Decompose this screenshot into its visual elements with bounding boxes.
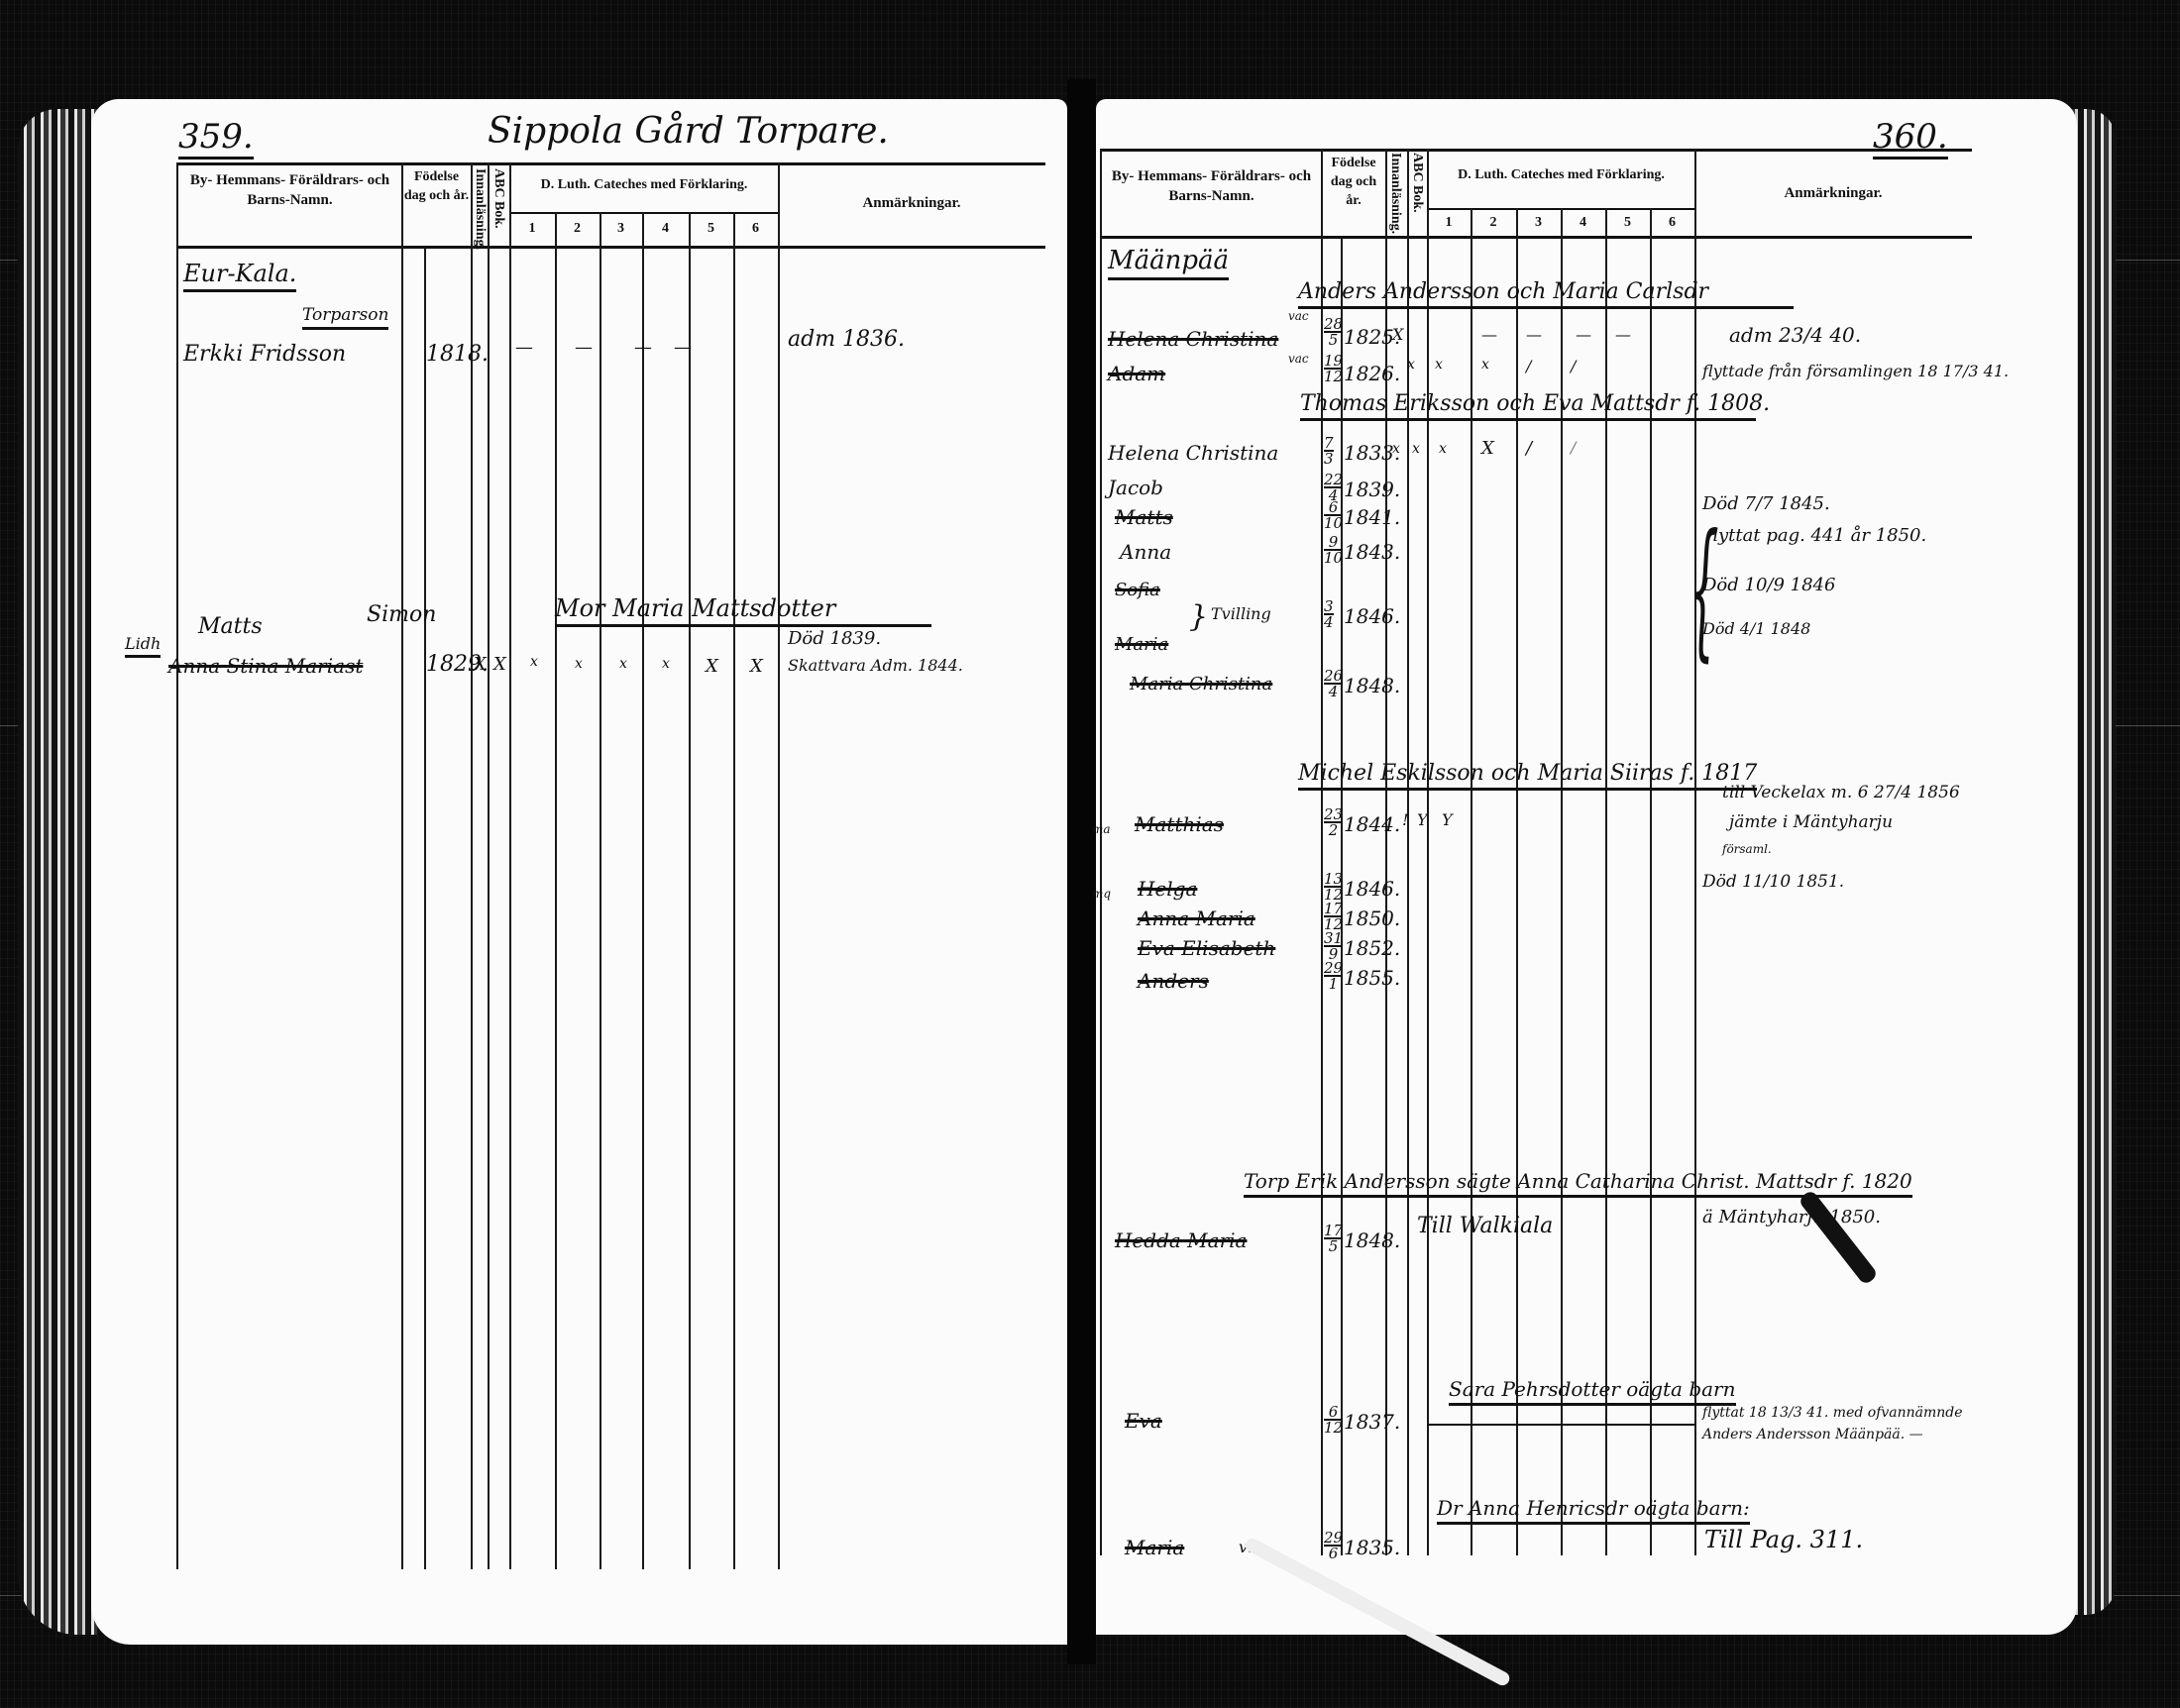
header-subcol: 6	[733, 220, 778, 239]
entry-note: Till Walkiala	[1417, 1214, 1553, 1238]
header-remarks-col: Anmärkningar.	[1694, 183, 1972, 203]
entry-mark: Y	[1442, 810, 1453, 829]
twin-brace: }	[1189, 599, 1208, 634]
page-number: 360.	[1873, 117, 1948, 160]
header-subcol: 6	[1650, 214, 1694, 233]
entry-mark: !	[1402, 810, 1408, 829]
entry-mark: —	[634, 337, 652, 358]
margin-note: Lidh	[125, 634, 161, 658]
header-catechism-col: D. Luth. Cateches med Förklaring.	[510, 176, 778, 195]
header-subcol: 3	[1516, 214, 1561, 233]
entry-name: Adam	[1108, 362, 1165, 385]
header-birth-col: Födelse dag och år.	[1322, 155, 1385, 211]
entry-mark: x	[530, 654, 538, 670]
entry-mark: x	[1481, 357, 1489, 373]
entry-mark: X	[1392, 325, 1403, 344]
col-rule	[176, 162, 178, 1569]
entry-remark: ä Mäntyharju 1850.	[1702, 1207, 1881, 1228]
entry-remark: adm 23/4 40.	[1729, 323, 1861, 347]
entry-note-row: Mor Maria Mattsdotter	[555, 594, 931, 627]
entry-mark: —	[575, 337, 593, 358]
entry-name: Hedda Maria	[1115, 1228, 1247, 1252]
entry-birth: 1852.	[1344, 936, 1400, 960]
entry-remark: Till Pag. 311.	[1704, 1526, 1863, 1553]
entry-birth: 1850.	[1344, 907, 1400, 930]
header-subcol: 4	[642, 220, 689, 239]
entry-birth-date: 73	[1324, 436, 1334, 466]
col-rule	[689, 212, 691, 1569]
entry-name: Anna	[1120, 540, 1171, 564]
header-subcol: 5	[1605, 214, 1650, 233]
entry-remark: flyttade från församlingen 18 17/3 41.	[1702, 362, 2009, 380]
entry-mark: /	[1526, 438, 1532, 459]
entry-birth-date: 1712	[1324, 902, 1343, 931]
entry-birth: 1841.	[1344, 505, 1400, 529]
entry-birth: 1855.	[1344, 966, 1400, 990]
family-heading: Thomas Eriksson och Eva Mattsdr f. 1808.	[1300, 391, 1756, 421]
entry-name: Matthias	[1135, 812, 1224, 836]
entry-mark: X	[1481, 438, 1494, 459]
col-rule	[401, 162, 403, 1569]
entry-birth-date: 175	[1324, 1224, 1343, 1253]
entry-mark: —	[674, 337, 692, 358]
header-catechism-col: D. Luth. Cateches med Förklaring.	[1428, 166, 1694, 185]
entry-mark: /	[1571, 438, 1576, 457]
entry-name-above: Simon	[367, 602, 436, 627]
header-remarks-col: Anmärkningar.	[778, 193, 1045, 213]
header-innan-col: Innanläsning.	[472, 168, 488, 250]
entry-birth-date: 1312	[1324, 872, 1343, 902]
header-subcol: 3	[599, 220, 642, 239]
page-number: 359.	[178, 117, 254, 160]
margin-note: mq	[1092, 887, 1111, 901]
header-innan-col: Innanläsning.	[1387, 153, 1403, 234]
entry-birth-date: 612	[1324, 1405, 1343, 1435]
entry-name: Erkki Fridsson	[183, 342, 346, 367]
entry-name: Sofia	[1115, 580, 1160, 600]
col-rule	[599, 212, 601, 1569]
entry-birth-date: 291	[1324, 961, 1343, 991]
entry-mark: —	[1576, 325, 1591, 344]
entry-name: Helga	[1138, 877, 1197, 901]
entry-birth-date: 319	[1324, 931, 1343, 961]
col-rule	[1427, 149, 1429, 1555]
entry-birth: 1826.	[1344, 362, 1400, 385]
entry-mark: X	[493, 654, 506, 675]
header-subcol: 2	[1471, 214, 1516, 233]
entry-birth: 1818.	[426, 342, 489, 367]
entry-name: Jacob	[1108, 476, 1163, 499]
family-heading: Michel Eskilsson och Maria Siiras f. 181…	[1298, 761, 1757, 791]
col-rule	[1694, 149, 1696, 1555]
entry-mark: x	[1407, 357, 1415, 373]
entry-name: Maria	[1115, 634, 1168, 655]
entry-mark: Y	[1417, 810, 1428, 829]
col-rule	[642, 212, 644, 1569]
col-rule	[555, 212, 557, 1569]
header-bottom-rule	[176, 246, 1045, 249]
entry-birth-date: 34	[1324, 599, 1334, 629]
entry-mark: x	[575, 656, 583, 672]
header-subcol: 2	[555, 220, 599, 239]
col-rule	[733, 212, 735, 1569]
entry-mark: —	[1481, 325, 1497, 344]
entry-name: Matts	[198, 614, 263, 639]
entry-birth-date: 296	[1324, 1531, 1343, 1560]
col-rule	[778, 162, 780, 1569]
entry-mark: x	[1412, 441, 1420, 457]
entry-remark: flyttat pag. 441 år 1850.	[1706, 525, 1926, 546]
margin-note: ma	[1092, 822, 1111, 836]
header-name-col: By- Hemmans- Föräldrars- och Barns-Namn.	[178, 170, 401, 211]
entry-birth: 1835.	[1344, 1536, 1400, 1559]
entry-name: Helena Christina	[1108, 327, 1278, 351]
entry-remark: Död 7/7 1845.	[1702, 493, 1830, 514]
header-subcol: 1	[509, 220, 555, 239]
col-rule	[509, 162, 511, 1569]
entry-mark: X	[474, 654, 487, 675]
entry-remark: Död 1839.	[788, 628, 881, 649]
place-name: Eur-Kala.	[183, 260, 296, 292]
entry-mark: x	[1435, 357, 1443, 373]
entry-birth: 1843.	[1344, 540, 1400, 564]
entry-birth: 1848.	[1344, 674, 1400, 697]
entry-birth: 1846.	[1344, 877, 1400, 901]
table-top-rule	[1100, 149, 1972, 152]
col-rule	[471, 162, 473, 1569]
entry-mark: /	[1571, 357, 1576, 375]
header-subcol: 4	[1561, 214, 1605, 233]
place-name: Määnpää	[1108, 246, 1229, 280]
entry-label: vac	[1288, 352, 1309, 366]
dash-rule	[1427, 1424, 1694, 1426]
entry-birth: 1846.	[1344, 604, 1400, 628]
entry-name: Eva	[1125, 1409, 1162, 1433]
entry-mark: x	[619, 656, 627, 672]
header-abc-col: ABC Bok.	[490, 168, 506, 229]
entry-birth-date: 610	[1324, 500, 1343, 530]
entry-remark: församl.	[1722, 842, 1772, 856]
entry-remark: Skattvara Adm. 1844.	[788, 656, 963, 675]
entry-birth: 1837.	[1344, 1410, 1400, 1434]
entry-birth-date: 285	[1324, 317, 1343, 347]
family-heading: Anders Andersson och Maria Carlsdr	[1298, 279, 1794, 309]
entry-mark: —	[1526, 325, 1542, 344]
entry-remark: adm 1836.	[788, 327, 905, 352]
book-gutter	[1067, 79, 1096, 1664]
entry-remark: Död 10/9 1846	[1702, 575, 1835, 595]
entry-name: Anders	[1138, 969, 1209, 993]
header-name-col: By- Hemmans- Föräldrars- och Barns-Namn.	[1102, 166, 1321, 207]
page-title: Sippola Gård Torpare.	[488, 111, 889, 152]
header-bottom-rule	[1100, 236, 1972, 239]
entry-name: Matts	[1115, 505, 1173, 529]
entry-birth-date: 1912	[1324, 354, 1343, 383]
entry-remark: flyttat 18 13/3 41. med ofvannämnde	[1702, 1405, 1963, 1421]
entry-birth-date: 232	[1324, 807, 1343, 837]
entry-birth: 1839.	[1344, 478, 1400, 501]
entry-mark: /	[1526, 357, 1531, 375]
entry-birth: 1844.	[1344, 812, 1400, 836]
entry-remark: till Veckelax m. 6 27/4 1856	[1722, 783, 1960, 802]
entry-birth: 1848.	[1344, 1228, 1400, 1252]
col-rule	[488, 162, 490, 1569]
family-heading: Sara Pehrsdotter oägta barn	[1449, 1377, 1736, 1406]
entry-remark: Död 4/1 1848	[1702, 619, 1810, 638]
entry-name: Anna Maria	[1138, 907, 1255, 930]
col-rule	[424, 248, 426, 1569]
left-book-edge	[18, 109, 97, 1635]
entry-name: Maria	[1125, 1536, 1184, 1559]
entry-name: Eva Elisabeth	[1138, 936, 1275, 960]
entry-remark: jämte i Mäntyharju	[1729, 812, 1893, 832]
col-rule	[1321, 149, 1323, 1555]
entry-mark: X	[706, 656, 718, 677]
entry-mark: X	[750, 656, 763, 677]
entry-birth-date: 264	[1324, 669, 1343, 698]
header-subcol: 5	[689, 220, 733, 239]
entry-mark: —	[515, 337, 533, 358]
entry-mark: x	[1392, 441, 1400, 457]
entry-name: Maria Christina	[1130, 674, 1272, 694]
entry-mark: x	[1439, 441, 1447, 457]
entry-birth-date: 910	[1324, 535, 1343, 565]
left-page	[91, 99, 1067, 1645]
remarks-brace: {	[1689, 515, 1718, 664]
entry-remark: Död 11/10 1851.	[1702, 872, 1844, 892]
entry-label: vac	[1288, 309, 1309, 323]
header-abc-col: ABC Bok.	[1409, 153, 1425, 213]
entry-remark: Anders Andersson Määnpää. —	[1702, 1427, 1923, 1442]
header-subcol: 1	[1427, 214, 1471, 233]
col-rule	[1100, 149, 1102, 1555]
entry-name: Helena Christina	[1108, 441, 1278, 465]
col-rule	[1385, 149, 1387, 1555]
header-birth-col: Födelse dag och år.	[402, 168, 471, 206]
twin-label: Tvilling	[1211, 604, 1271, 623]
entry-name-above: Torparson	[302, 305, 388, 330]
entry-struck-name: Anna Stina Mariast	[168, 654, 363, 678]
table-top-rule	[176, 162, 1045, 165]
entry-mark: x	[662, 656, 670, 672]
entry-mark: —	[1615, 325, 1631, 344]
family-heading: Dr Anna Henricsdr oägta barn:	[1437, 1496, 1750, 1525]
